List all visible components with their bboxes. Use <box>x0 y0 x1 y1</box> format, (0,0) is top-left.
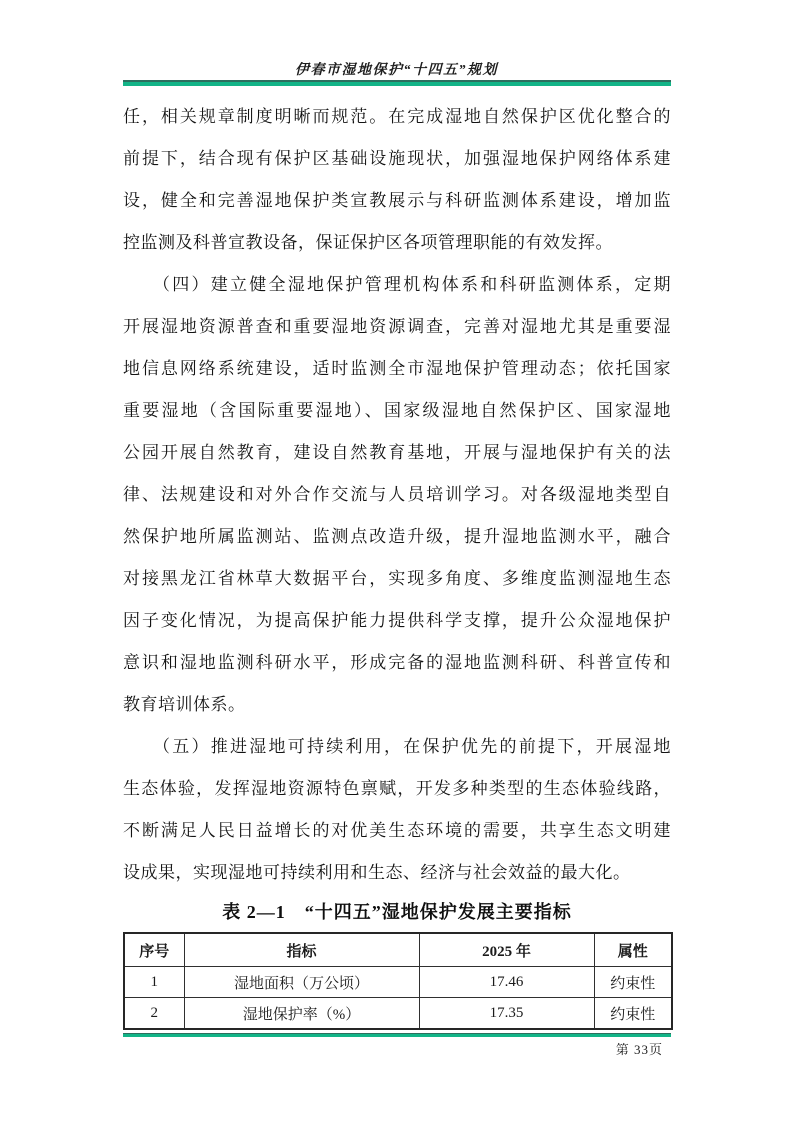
cell-value: 17.35 <box>419 998 594 1030</box>
table-header-row: 序号 指标 2025 年 属性 <box>124 933 672 967</box>
footer-page-number: 第 33页 <box>123 1039 663 1058</box>
page-header-title: 伊春市湿地保护“十四五”规划 <box>0 59 793 79</box>
indicators-table: 序号 指标 2025 年 属性 1 湿地面积（万公顷） 17.46 约束性 2 … <box>123 932 673 1030</box>
body-line: 意识和湿地监测科研水平，形成完备的湿地监测科研、科普宣传和 <box>123 642 671 684</box>
body-line: 重要湿地（含国际重要湿地）、国家级湿地自然保护区、国家湿地 <box>123 390 671 432</box>
col-header-attribute: 属性 <box>594 933 672 967</box>
document-page: 伊春市湿地保护“十四五”规划 任，相关规章制度明晰而规范。在完成湿地自然保护区优… <box>0 0 793 1122</box>
body-line: 公园开展自然教育，建设自然教育基地，开展与湿地保护有关的法 <box>123 432 671 474</box>
cell-seq: 2 <box>124 998 184 1030</box>
body-line: 控监测及科普宣教设备，保证保护区各项管理职能的有效发挥。 <box>123 222 671 264</box>
body-line: 设成果，实现湿地可持续利用和生态、经济与社会效益的最大化。 <box>123 852 671 894</box>
body-line: 律、法规建设和对外合作交流与人员培训学习。对各级湿地类型自 <box>123 474 671 516</box>
cell-attribute: 约束性 <box>594 998 672 1030</box>
body-line: （五）推进湿地可持续利用，在保护优先的前提下，开展湿地 <box>123 726 671 768</box>
table-row: 1 湿地面积（万公顷） 17.46 约束性 <box>124 967 672 998</box>
body-line: 生态体验，发挥湿地资源特色禀赋，开发多种类型的生态体验线路， <box>123 768 671 810</box>
body-line: 设，健全和完善湿地保护类宣教展示与科研监测体系建设，增加监 <box>123 180 671 222</box>
body-line: 任，相关规章制度明晰而规范。在完成湿地自然保护区优化整合的 <box>123 96 671 138</box>
cell-attribute: 约束性 <box>594 967 672 998</box>
col-header-year2025: 2025 年 <box>419 933 594 967</box>
header-rule-divider <box>123 80 671 86</box>
body-text-block: 任，相关规章制度明晰而规范。在完成湿地自然保护区优化整合的 前提下，结合现有保护… <box>123 96 671 1030</box>
footer-rule-divider <box>123 1033 671 1037</box>
body-line: 教育培训体系。 <box>123 684 671 726</box>
col-header-indicator: 指标 <box>184 933 419 967</box>
table-row: 2 湿地保护率（%） 17.35 约束性 <box>124 998 672 1030</box>
body-line: 地信息网络系统建设，适时监测全市湿地保护管理动态；依托国家 <box>123 348 671 390</box>
cell-value: 17.46 <box>419 967 594 998</box>
table-title: 表 2—1 “十四五”湿地保护发展主要指标 <box>123 898 671 926</box>
col-header-seq: 序号 <box>124 933 184 967</box>
cell-indicator: 湿地面积（万公顷） <box>184 967 419 998</box>
body-line: 前提下，结合现有保护区基础设施现状，加强湿地保护网络体系建 <box>123 138 671 180</box>
body-line: （四）建立健全湿地保护管理机构体系和科研监测体系，定期 <box>123 264 671 306</box>
cell-indicator: 湿地保护率（%） <box>184 998 419 1030</box>
body-line: 不断满足人民日益增长的对优美生态环境的需要，共享生态文明建 <box>123 810 671 852</box>
cell-seq: 1 <box>124 967 184 998</box>
body-line: 对接黑龙江省林草大数据平台，实现多角度、多维度监测湿地生态 <box>123 558 671 600</box>
body-line: 因子变化情况，为提高保护能力提供科学支撑，提升公众湿地保护 <box>123 600 671 642</box>
body-line: 然保护地所属监测站、监测点改造升级，提升湿地监测水平，融合 <box>123 516 671 558</box>
body-line: 开展湿地资源普查和重要湿地资源调查，完善对湿地尤其是重要湿 <box>123 306 671 348</box>
